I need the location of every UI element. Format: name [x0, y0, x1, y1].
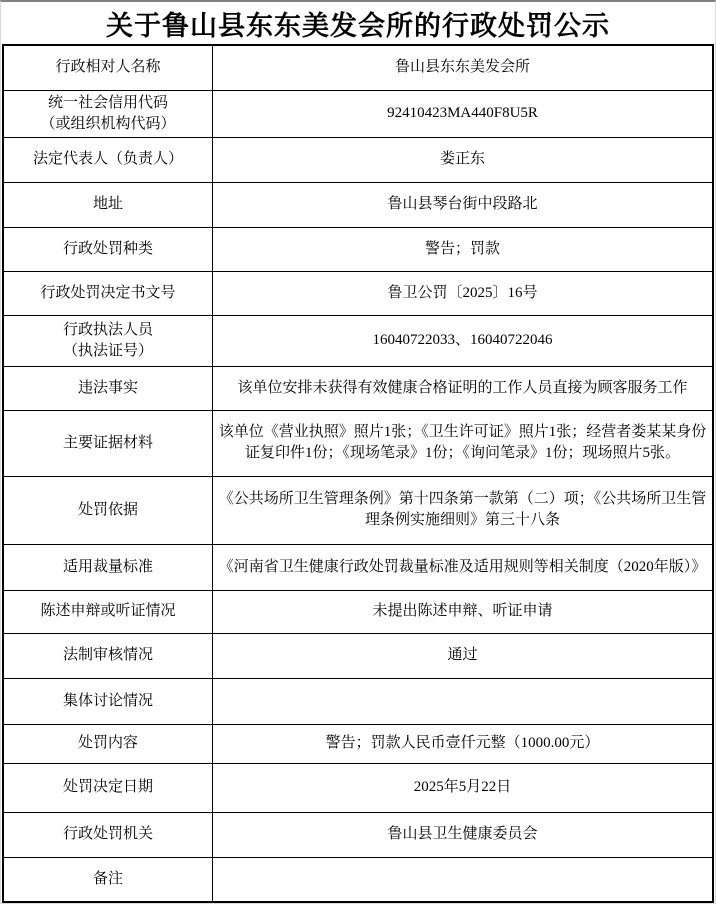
row-value: 娄正东	[213, 137, 714, 182]
table-row: 行政执法人员 （执法证号） 16040722033、16040722046	[3, 315, 713, 366]
table-row: 行政处罚机关 鲁山县卫生健康委员会	[3, 812, 713, 857]
row-label: 处罚内容	[3, 724, 213, 763]
row-label: 备注	[3, 857, 213, 902]
row-value: 92410423MA440F8U5R	[213, 90, 714, 137]
row-label: 主要证据材料	[3, 410, 213, 476]
row-value	[213, 678, 714, 724]
row-value: 该单位《营业执照》照片1张；《卫生许可证》照片1张；经营者娄某某身份证复印件1份…	[213, 410, 714, 476]
row-value: 未提出陈述申辩、听证申请	[213, 590, 714, 633]
table-row: 主要证据材料 该单位《营业执照》照片1张；《卫生许可证》照片1张；经营者娄某某身…	[3, 410, 713, 476]
row-value: 《公共场所卫生管理条例》第十四条第一款第（二）项；《公共场所卫生管理条例实施细则…	[213, 476, 714, 544]
row-label: 行政处罚决定书文号	[3, 271, 213, 315]
row-value: 鲁山县卫生健康委员会	[213, 812, 714, 857]
row-label: 集体讨论情况	[3, 678, 213, 724]
table-row: 地址 鲁山县琴台街中段路北	[3, 182, 713, 227]
row-label: 处罚决定日期	[3, 763, 213, 812]
penalty-notice-page: 关于鲁山县东东美发会所的行政处罚公示 行政相对人名称 鲁山县东东美发会所 统一社…	[0, 0, 716, 904]
row-label: 行政处罚机关	[3, 812, 213, 857]
row-label: 行政处罚种类	[3, 227, 213, 271]
table-row: 法定代表人（负责人） 娄正东	[3, 137, 713, 182]
row-value: 《河南省卫生健康行政处罚裁量标准及适用规则等相关制度（2020年版）》	[213, 544, 714, 590]
row-label: 违法事实	[3, 366, 213, 410]
table-row: 适用裁量标准 《河南省卫生健康行政处罚裁量标准及适用规则等相关制度（2020年版…	[3, 544, 713, 590]
row-value: 2025年5月22日	[213, 763, 714, 812]
table-row: 法制审核情况 通过	[3, 633, 713, 678]
row-label: 处罚依据	[3, 476, 213, 544]
row-label: 法定代表人（负责人）	[3, 137, 213, 182]
row-label: 地址	[3, 182, 213, 227]
table-row: 行政处罚种类 警告；罚款	[3, 227, 713, 271]
row-value: 鲁卫公罚〔2025〕16号	[213, 271, 714, 315]
row-value: 16040722033、16040722046	[213, 315, 714, 366]
row-value: 鲁山县琴台街中段路北	[213, 182, 714, 227]
row-label: 统一社会信用代码 （或组织机构代码）	[3, 90, 213, 137]
table-row: 备注	[3, 857, 713, 902]
page-title: 关于鲁山县东东美发会所的行政处罚公示	[1, 2, 715, 44]
row-value: 鲁山县东东美发会所	[213, 45, 714, 90]
table-row: 陈述申辩或听证情况 未提出陈述申辩、听证申请	[3, 590, 713, 633]
table-row: 处罚内容 警告；罚款人民币壹仟元整（1000.00元）	[3, 724, 713, 763]
row-value: 警告；罚款	[213, 227, 714, 271]
table-row: 统一社会信用代码 （或组织机构代码） 92410423MA440F8U5R	[3, 90, 713, 137]
row-value: 警告；罚款人民币壹仟元整（1000.00元）	[213, 724, 714, 763]
table-row: 违法事实 该单位安排未获得有效健康合格证明的工作人员直接为顾客服务工作	[3, 366, 713, 410]
table-row: 处罚决定日期 2025年5月22日	[3, 763, 713, 812]
row-value: 该单位安排未获得有效健康合格证明的工作人员直接为顾客服务工作	[213, 366, 714, 410]
row-label: 行政执法人员 （执法证号）	[3, 315, 213, 366]
table-row: 集体讨论情况	[3, 678, 713, 724]
table-row: 处罚依据 《公共场所卫生管理条例》第十四条第一款第（二）项；《公共场所卫生管理条…	[3, 476, 713, 544]
table-row: 行政相对人名称 鲁山县东东美发会所	[3, 45, 713, 90]
row-label: 陈述申辩或听证情况	[3, 590, 213, 633]
row-value	[213, 857, 714, 902]
row-label: 适用裁量标准	[3, 544, 213, 590]
row-label: 法制审核情况	[3, 633, 213, 678]
row-label: 行政相对人名称	[3, 45, 213, 90]
table-row: 行政处罚决定书文号 鲁卫公罚〔2025〕16号	[3, 271, 713, 315]
penalty-table: 行政相对人名称 鲁山县东东美发会所 统一社会信用代码 （或组织机构代码） 924…	[2, 44, 714, 903]
row-value: 通过	[213, 633, 714, 678]
